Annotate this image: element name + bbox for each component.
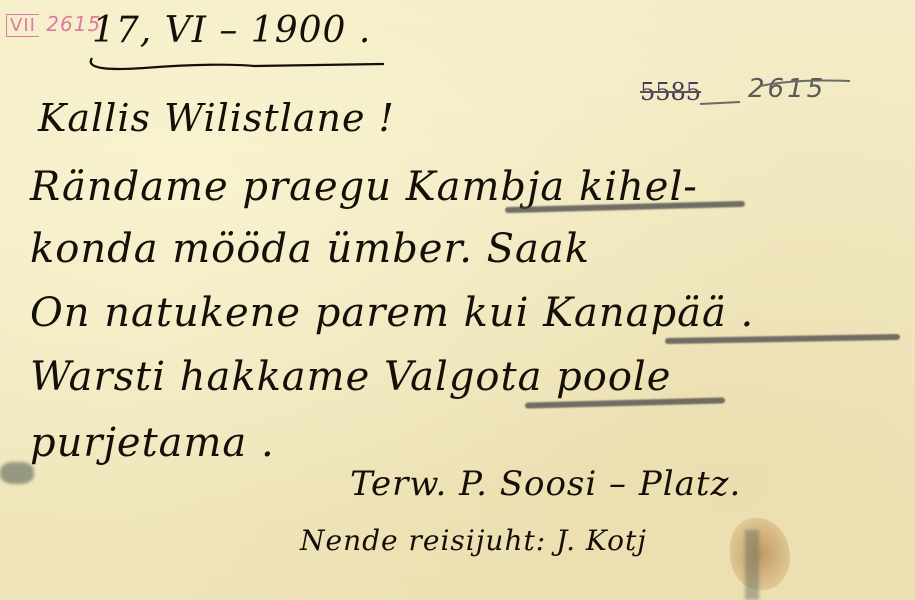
date-underline [84, 56, 384, 72]
archive-stamp-box: VII [6, 14, 39, 37]
ink-smudge [0, 462, 34, 484]
archive-number-old: 5585 [640, 78, 701, 106]
greeting: Kallis Wilistlane ! [38, 96, 395, 140]
signature-line: Terw. P. Soosi – Platz. [350, 464, 741, 504]
body-line-5: purjetama . [30, 420, 275, 466]
archive-pencil-line [700, 78, 850, 108]
guide-line: Nende reisijuht: J. Kotj [300, 524, 647, 557]
body-line-1: Rändame praegu Kambja kihel- [30, 164, 698, 210]
pencil-smudge [745, 530, 759, 600]
date: 17, VI – 1900 . [92, 10, 371, 51]
body-line-3: On natukene parem kui Kanapää . [30, 290, 754, 336]
body-line-4: Warsti hakkame Valgota poole [30, 354, 671, 400]
archive-stamp: VII 2615 [6, 12, 101, 37]
body-line-2: konda mööda ümber. Saak [30, 226, 590, 272]
